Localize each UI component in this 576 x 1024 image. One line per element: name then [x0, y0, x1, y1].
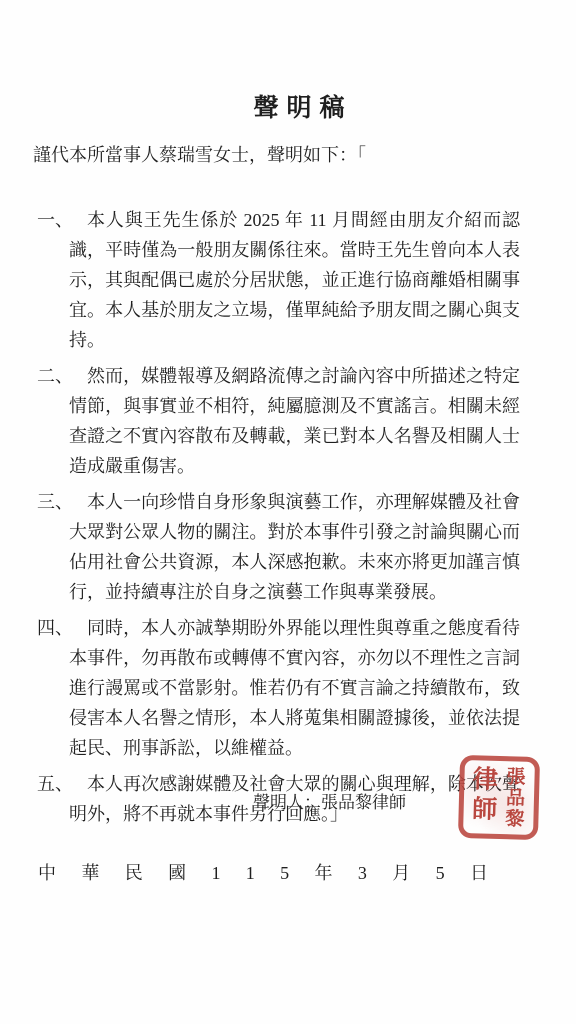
statement-document-page: 聲明稿 謹代本所當事人蔡瑞雪女士，聲明如下：「 一、 本人與王先生係於 2025… — [0, 0, 576, 1024]
signatory-line: 聲明人：張品黎律師 — [0, 788, 406, 818]
statement-clause-2: 二、 然而，媒體報導及網路流傳之討論內容中所描述之特定情節，與事實並不相符，純屬… — [0, 361, 520, 481]
date-char: 5 — [436, 859, 445, 887]
date-char: 年 — [315, 859, 333, 887]
date-char: 1 — [246, 859, 255, 887]
date-char: 日 — [470, 859, 488, 887]
statement-clause-3: 三、 本人一向珍惜自身形象與演藝工作，亦理解媒體及社會大眾對公眾人物的關注。對於… — [0, 487, 520, 607]
clause-text: 本人一向珍惜自身形象與演藝工作，亦理解媒體及社會大眾對公眾人物的關注。對於本事件… — [69, 487, 520, 607]
clause-number: 一、 — [37, 205, 73, 235]
statement-clause-1: 一、 本人與王先生係於 2025 年 11 月間經由朋友介紹而認識，平時僅為一般… — [0, 205, 520, 355]
date-char: 國 — [168, 859, 186, 887]
seal-column-right: 張品黎 — [496, 765, 531, 830]
statement-clause-4: 四、 同時，本人亦誠摯期盼外界能以理性與尊重之態度看待本事件，勿再散布或轉傳不實… — [0, 613, 520, 763]
statement-clause-list: 一、 本人與王先生係於 2025 年 11 月間經由朋友介紹而認識，平時僅為一般… — [0, 205, 520, 835]
date-char: 民 — [125, 859, 143, 887]
clause-text: 同時，本人亦誠摯期盼外界能以理性與尊重之態度看待本事件，勿再散布或轉傳不實內容，… — [69, 613, 520, 763]
date-char: 3 — [358, 859, 367, 887]
clause-number: 二、 — [37, 361, 73, 391]
date-char: 5 — [280, 859, 289, 887]
intro-line: 謹代本所當事人蔡瑞雪女士，聲明如下：「 — [33, 140, 536, 170]
date-char: 1 — [211, 859, 220, 887]
clause-text: 然而，媒體報導及網路流傳之討論內容中所描述之特定情節，與事實並不相符，純屬臆測及… — [69, 361, 520, 481]
date-char: 華 — [81, 859, 99, 887]
seal-text: 張品黎 律師 — [467, 765, 531, 831]
clause-number: 三、 — [37, 487, 73, 517]
signatory-text: 聲明人：張品黎律師 — [253, 793, 406, 812]
document-title: 聲明稿 — [0, 88, 576, 124]
clause-text: 本人與王先生係於 2025 年 11 月間經由朋友介紹而認識，平時僅為一般朋友關… — [69, 205, 520, 355]
seal-column-left: 律師 — [467, 765, 498, 830]
lawyer-seal-stamp: 張品黎 律師 — [458, 755, 540, 840]
date-char: 月 — [392, 859, 410, 887]
clause-number: 四、 — [37, 613, 73, 643]
roc-date-line: 中 華 民 國 1 1 5 年 3 月 5 日 — [38, 859, 488, 887]
date-char: 中 — [38, 859, 56, 887]
